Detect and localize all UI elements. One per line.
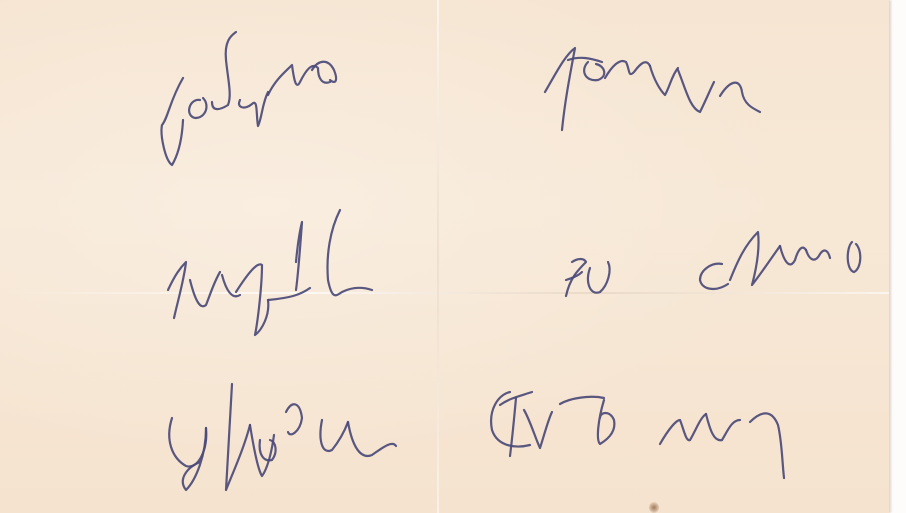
handwritten-word-line2-2	[566, 259, 610, 296]
handwritten-word-line2-3	[700, 232, 860, 289]
handwritten-word-line2-1	[168, 210, 372, 335]
handwritten-word-line3-1	[169, 384, 396, 490]
handwriting-strokes	[0, 0, 889, 513]
handwritten-word-line1-1	[162, 32, 337, 165]
handwritten-word-line3-2	[491, 392, 784, 478]
handwritten-word-line1-2	[545, 48, 760, 130]
paper-sheet: робоча родина правдива за сімʼю укр. сто…	[0, 0, 889, 513]
